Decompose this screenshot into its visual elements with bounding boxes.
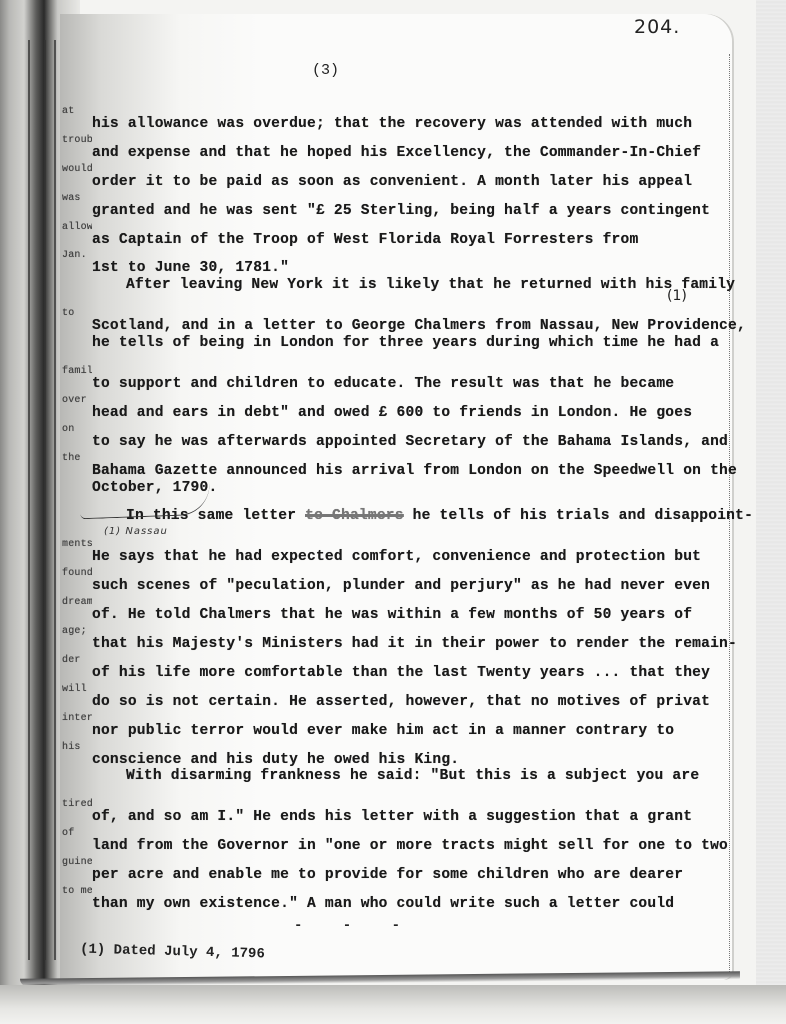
handwritten-insertion-nassau: (1) Nassau: [104, 526, 168, 537]
cut-off-margin-word: on: [62, 416, 92, 445]
cut-off-margin-word: interest: [62, 705, 92, 734]
cut-off-margin-word: was: [62, 185, 92, 214]
cut-off-margin-word: dreamed: [62, 589, 92, 618]
line-text-part: he tells of his trials and disappoint-: [404, 508, 753, 524]
continuation-marks: - - -: [294, 918, 416, 934]
binding-edge-line: [54, 40, 56, 960]
cut-off-margin-word: to: [62, 300, 92, 329]
text-line: theBahama Gazette announced his arrival …: [62, 445, 722, 474]
text-line: Jan.1st to June 30, 1781.": [62, 242, 722, 271]
text-line: athis allowance was overdue; that the re…: [62, 98, 722, 127]
binding-edge-line: [44, 40, 46, 960]
binding-edge-line: [28, 40, 30, 960]
text-line: ofland from the Governor in "one or more…: [62, 820, 722, 849]
section-number: (3): [312, 62, 339, 79]
cut-off-margin-word: ments,: [62, 531, 92, 560]
text-line: allowanceas Captain of the Troop of West…: [62, 214, 722, 243]
inserted-word: Nassau: [125, 526, 168, 537]
text-line: onto say he was afterwards appointed Sec…: [62, 416, 722, 445]
text-line: toScotland, and in a letter to George Ch…: [62, 300, 722, 329]
struck-through-text: to Chalmers: [305, 508, 404, 524]
line-text: than my own existence." A man who could …: [92, 896, 674, 912]
text-line: wouldorder it to be paid as soon as conv…: [62, 156, 722, 185]
line-text: he tells of being in London for three ye…: [92, 335, 719, 351]
text-line: familyto support and children to educate…: [62, 358, 722, 387]
text-line: he tells of being in London for three ye…: [62, 329, 722, 358]
text-line: hisconscience and his duty he owed his K…: [62, 734, 722, 763]
cut-off-margin-word: tired: [62, 791, 92, 820]
text-line: age;that his Majesty's Ministers had it …: [62, 618, 722, 647]
text-line: wasgranted and he was sent "£ 25 Sterlin…: [62, 185, 722, 214]
cut-off-margin-word: to me: [62, 878, 92, 907]
cut-off-margin-word: at: [62, 98, 92, 127]
cut-off-margin-word: age;: [62, 618, 92, 647]
cut-off-margin-word: will: [62, 676, 92, 705]
text-line: interestnor public terror would ever mak…: [62, 705, 722, 734]
text-line: troubleand expense and that he hoped his…: [62, 127, 722, 156]
insertion-marker: (1): [104, 526, 121, 537]
text-line: overhead and ears in debt" and owed £ 60…: [62, 387, 722, 416]
cut-off-margin-word: his: [62, 734, 92, 763]
text-line: willdo so is not certain. He asserted, h…: [62, 676, 722, 705]
cut-off-margin-word: Jan.: [62, 242, 92, 271]
line-text: With disarming frankness he said: "But t…: [92, 768, 699, 784]
cut-off-margin-word: allowance: [62, 214, 92, 243]
page-number: 204.: [634, 16, 680, 38]
line-text: After leaving New York it is likely that…: [92, 277, 735, 293]
text-line: foundsuch scenes of "peculation, plunder…: [62, 560, 722, 589]
cut-off-margin-word: of: [62, 820, 92, 849]
cut-off-margin-word: over: [62, 387, 92, 416]
handwritten-footnote-marker: (1): [667, 288, 687, 304]
cut-off-margin-word: found: [62, 560, 92, 589]
text-line: tiredof, and so am I." He ends his lette…: [62, 791, 722, 820]
text-line: After leaving New York it is likely that…: [62, 271, 722, 300]
cut-off-margin-word: der: [62, 647, 92, 676]
text-line: derof his life more comfortable than the…: [62, 647, 722, 676]
scanner-edge: [756, 0, 786, 1024]
text-line: dreamedof. He told Chalmers that he was …: [62, 589, 722, 618]
cut-off-margin-word: the: [62, 445, 92, 474]
cut-off-margin-word: guineas: [62, 849, 92, 878]
scan-bottom-shadow: [0, 985, 786, 1024]
text-line: guineasper acre and enable me to provide…: [62, 849, 722, 878]
cut-off-margin-word: would: [62, 156, 92, 185]
cut-off-margin-word: trouble: [62, 127, 92, 156]
text-line: With disarming frankness he said: "But t…: [62, 762, 722, 791]
cut-off-margin-word: family: [62, 358, 92, 387]
text-line: to methan my own existence." A man who c…: [62, 878, 722, 907]
